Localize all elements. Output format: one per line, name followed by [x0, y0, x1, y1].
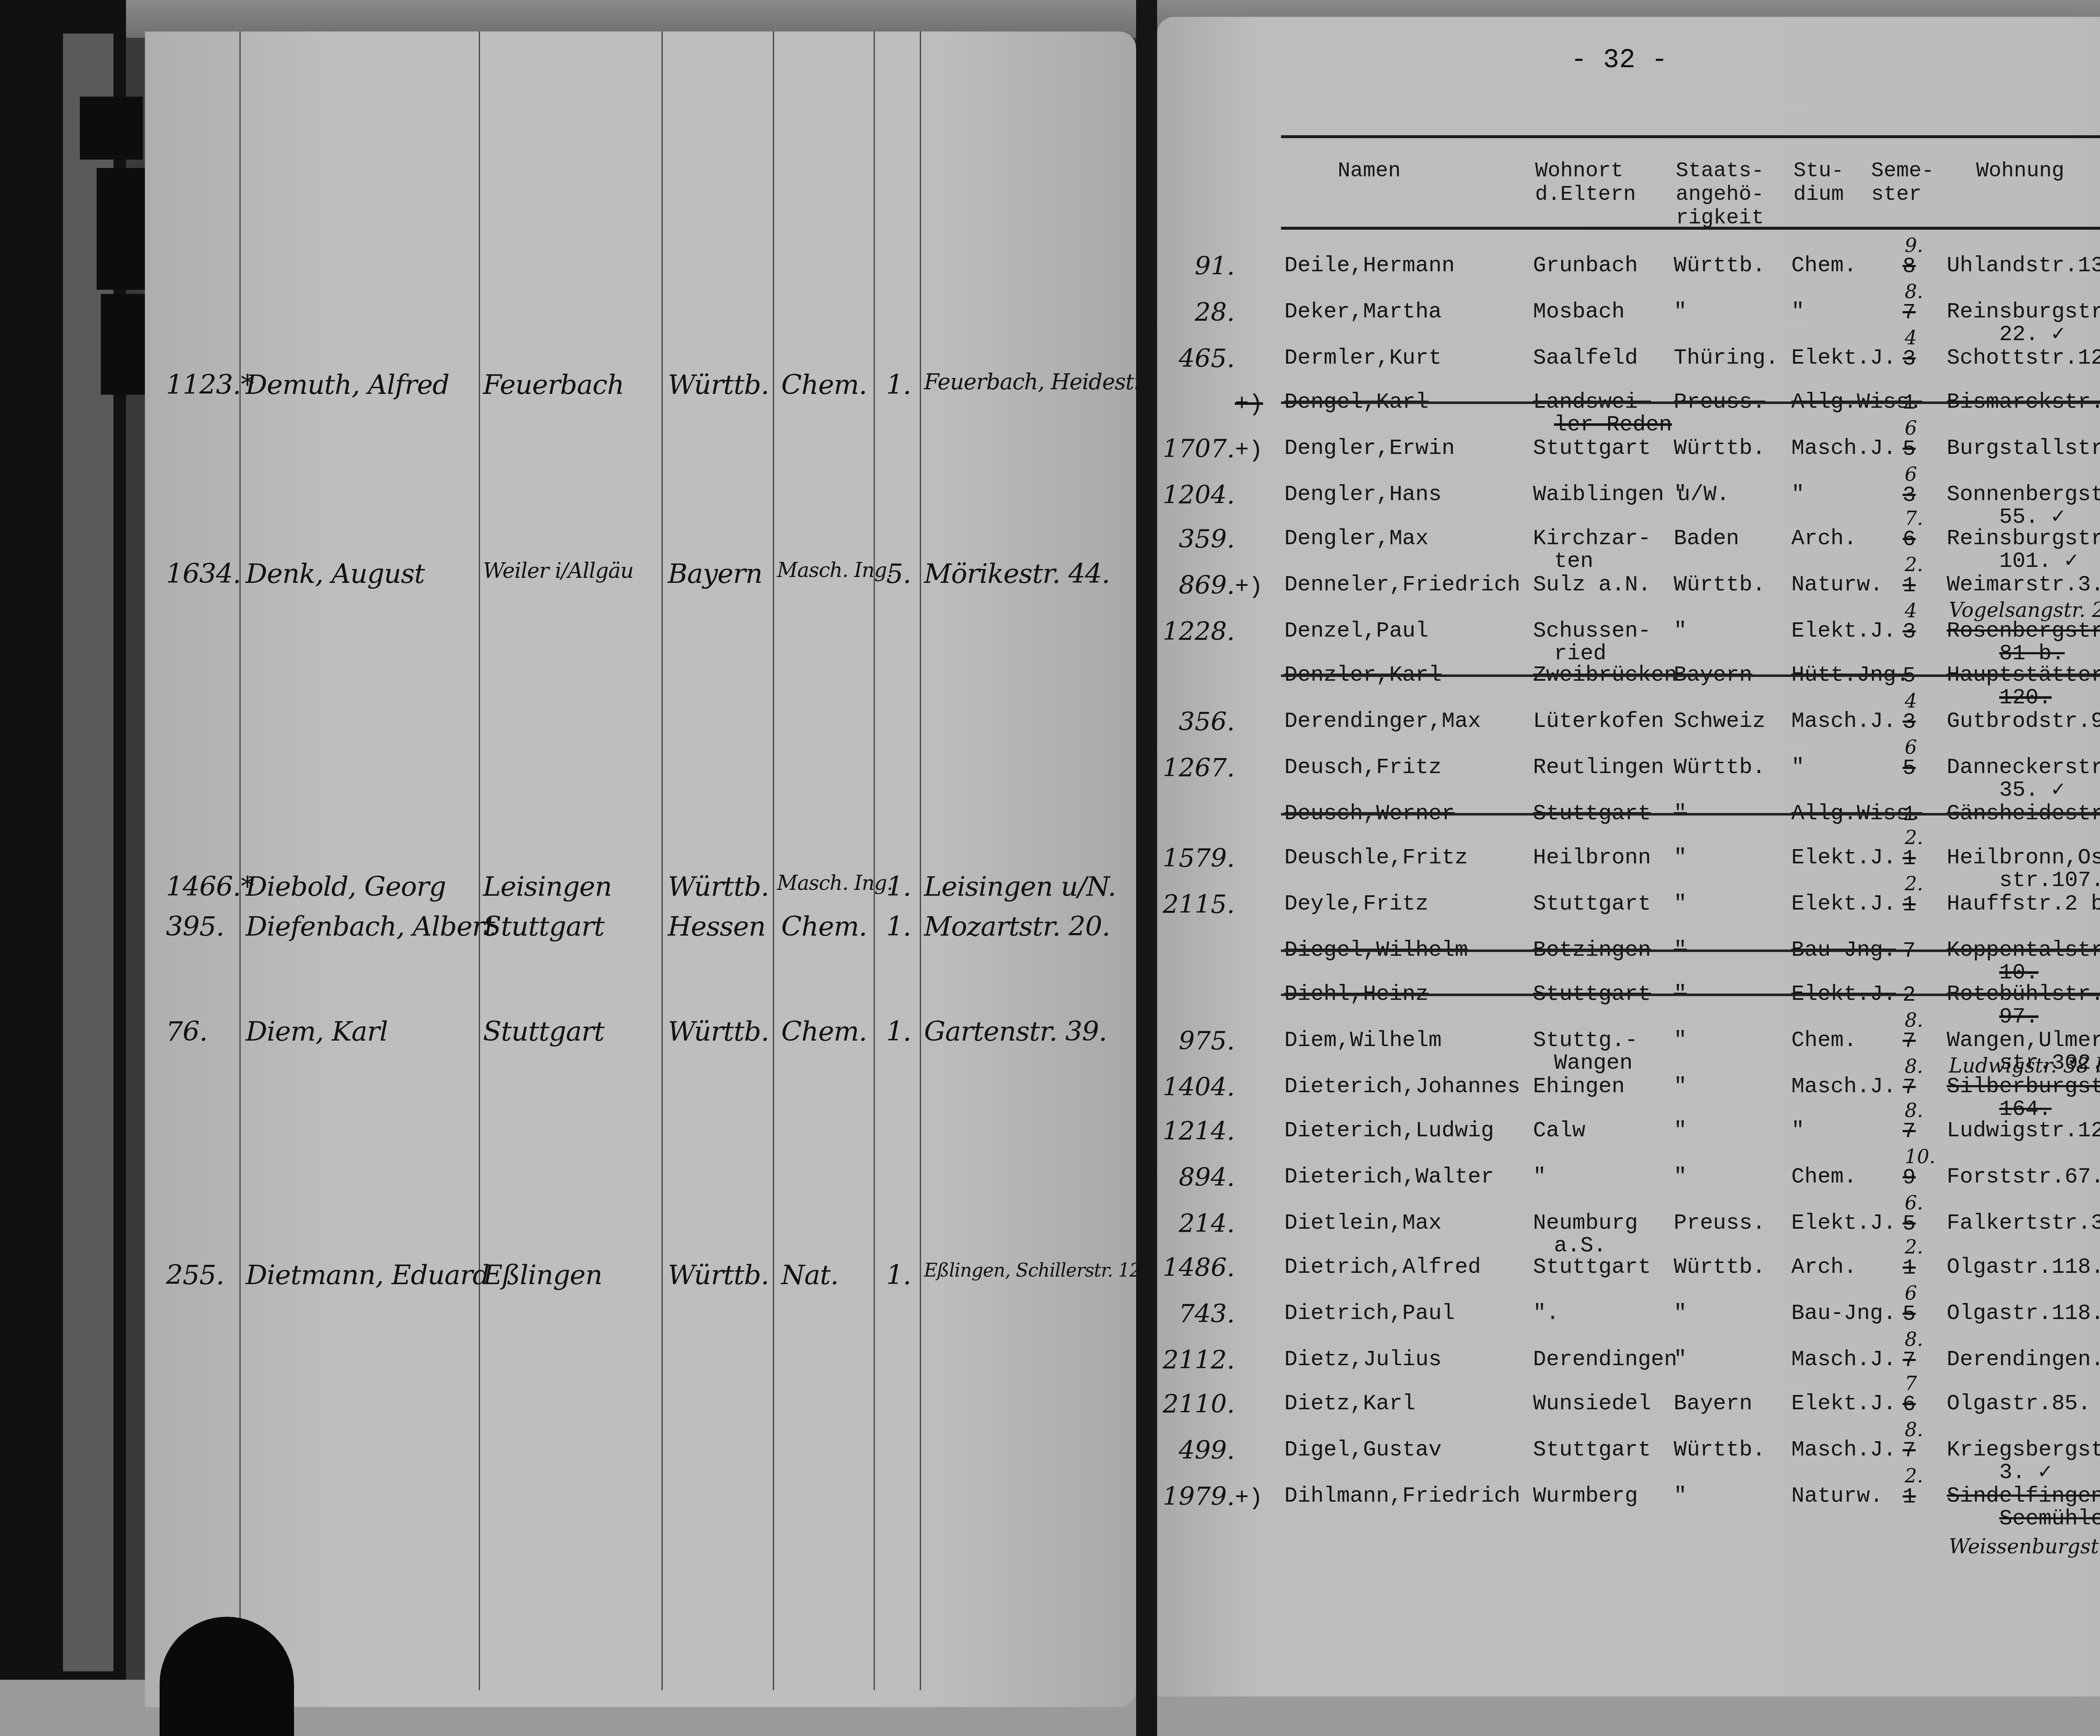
residence: Olgastr.118. [1947, 1302, 2100, 1325]
residence-cont: 35. ✓ [1999, 779, 2065, 802]
citizenship: Württb. [1674, 1438, 1765, 1462]
citizenship: Württb. [1674, 437, 1765, 460]
semester-old: 7 [1903, 1119, 1916, 1144]
parents-residence: " [1533, 1165, 1546, 1189]
semester-old: 1 [1903, 1484, 1916, 1509]
table-row: 1214.Dieterich,LudwigCalw""78.Ludwigstr.… [0, 1119, 2100, 1165]
table-row: 465.Dermler,KurtSaalfeldThüring.Elekt.J.… [0, 346, 2100, 393]
table-row: 214.Dietlein,MaxNeumburga.S.Preuss.Elekt… [0, 1212, 2100, 1258]
residence-cont: Seemühlestr.16. [1999, 1507, 2100, 1531]
semester-new: 8. [1905, 1009, 1923, 1031]
entry-number: 1579. [1159, 844, 1235, 873]
parents-residence-cont: ried [1554, 642, 1606, 666]
parents-residence-cont: ten [1554, 550, 1593, 573]
residence: Ludwigstr.122. [1947, 1119, 2100, 1143]
residence-cont: 101. ✓ [1999, 550, 2078, 573]
citizenship: " [1674, 1484, 1687, 1508]
citizenship: Württb. [1674, 756, 1765, 779]
semester-old: 9 [1903, 1165, 1916, 1190]
semester-new: 6 [1905, 417, 1917, 439]
entry-number: 2115. [1159, 890, 1235, 919]
residence-correction: Vogelsangstr. 29. [1949, 598, 2100, 622]
entry-number: 359. [1159, 524, 1235, 554]
parents-residence: Lüterkofen [1533, 710, 1664, 733]
student-name: Diem,Wilhelm [1284, 1029, 1441, 1052]
student-name: Dermler,Kurt [1284, 346, 1441, 370]
field-of-study: Arch. [1791, 1256, 1857, 1279]
field-of-study: " [1791, 756, 1804, 779]
table-row: 499.Digel,GustavStuttgartWürttb.Masch.J.… [0, 1438, 2100, 1484]
semester-new: 8. [1905, 1055, 1923, 1078]
residence-cont: 3. ✓ [1999, 1461, 2052, 1484]
semester-new: 6 [1905, 1282, 1917, 1304]
citizenship: Thüring. [1674, 346, 1779, 370]
table-row: 91.Deile,HermannGrunbachWürttb.Chem.89.U… [0, 254, 2100, 300]
entry-number: 499. [1159, 1436, 1235, 1465]
student-name: Dietrich,Alfred [1284, 1256, 1481, 1279]
field-of-study: Naturw. [1791, 573, 1883, 597]
parents-residence: ". [1533, 1302, 1559, 1325]
citizenship: " [1674, 1302, 1687, 1325]
parents-residence: Wurmberg [1533, 1484, 1638, 1508]
semester-new: 4 [1905, 690, 1917, 712]
semester-old: 7 [1903, 1348, 1916, 1373]
parents-residence-cont: a.S. [1554, 1234, 1606, 1258]
semester-old: 7 [1903, 1438, 1916, 1463]
student-name: Denneler,Friedrich [1284, 573, 1520, 597]
table-row: Diegel,WilhelmBotzingen"Bau-Jng.7Koppent… [0, 939, 2100, 985]
semester-new: 2. [1905, 872, 1923, 895]
entry-number: 894. [1159, 1163, 1235, 1192]
residence: Reinsburgstr. [1947, 527, 2100, 551]
entry-number: 869. [1159, 571, 1235, 600]
semester-new: 2. [1905, 1235, 1923, 1258]
citizenship: Baden [1674, 527, 1739, 551]
table-row: Diehl,HeinzStuttgart"Elekt.J.2Rotebühlst… [0, 983, 2100, 1029]
student-name: Dietrich,Paul [1284, 1302, 1455, 1325]
entry-number: 91. [1159, 252, 1235, 281]
parents-residence: Calw [1533, 1119, 1585, 1143]
residence: Uhlandstr.13. [1947, 254, 2100, 278]
semester-old: 1 [1903, 573, 1916, 598]
page-number: - 32 - [1571, 45, 1667, 76]
semester-old: 7 [1903, 300, 1916, 325]
column-header-wohnung: Wohnung [1976, 160, 2064, 183]
field-of-study: Elekt.J. [1791, 346, 1896, 370]
parents-residence: Sulz a.N. [1533, 573, 1651, 597]
semester-old: 6 [1903, 527, 1916, 552]
binding-tab [80, 97, 143, 160]
residence: Sindelfingen, [1947, 1484, 2100, 1508]
citizenship: Württb. [1674, 573, 1765, 597]
entry-number: 465. [1159, 344, 1235, 373]
parents-residence: Derendingen [1533, 1348, 1677, 1371]
residence: Gutbrodstr.9. [1947, 710, 2100, 733]
student-name: Dieterich,Walter [1284, 1165, 1494, 1189]
entry-number: 1486. [1159, 1253, 1235, 1282]
field-of-study: Bau-Jng. [1791, 1302, 1896, 1325]
field-of-study: Chem. [1791, 254, 1857, 278]
citizenship: " [1674, 846, 1687, 870]
table-row: 743.Dietrich,Paul"."Bau-Jng.56Olgastr.11… [0, 1302, 2100, 1348]
parents-residence-cont: ler-Reden [1554, 413, 1672, 437]
table-row: +)Dengel,KarlLandswei-ler-RedenPreuss.Al… [0, 391, 2100, 437]
semester-old: 1 [1903, 892, 1916, 917]
student-name: Deyle,Fritz [1284, 892, 1428, 916]
table-row: 1267.Deusch,FritzReutlingenWürttb."56Dan… [0, 756, 2100, 802]
student-name: Dihlmann,Friedrich [1284, 1484, 1520, 1508]
table-row: Denzler,KarlZweibrückenBayernHütt.Jng.5H… [0, 663, 2100, 710]
citizenship: " [1674, 483, 1687, 506]
citizenship: " [1674, 300, 1687, 324]
entry-number: 1267. [1159, 753, 1235, 783]
parents-residence-cont: Wangen [1554, 1052, 1633, 1075]
residence-cont: 81 b. [1999, 642, 2065, 666]
column-header-wohnort: Wohnort d.Eltern [1535, 160, 1636, 207]
field-of-study: Chem. [1791, 1029, 1857, 1052]
table-row: 1228.Denzel,PaulSchussen-ried"Elekt.J.34… [0, 619, 2100, 666]
citizenship: Württb. [1674, 254, 1765, 278]
table-row: 975.Diem,WilhelmStuttg.-Wangen"Chem.78.W… [0, 1029, 2100, 1075]
semester-old: 3 [1903, 619, 1916, 644]
citizenship: Württb. [1674, 1256, 1765, 1279]
table-row: 1404.Dieterich,JohannesEhingen"Masch.J.7… [0, 1075, 2100, 1121]
entry-number: 1204. [1159, 480, 1235, 510]
semester-new: 8. [1905, 1099, 1923, 1122]
field-of-study: Arch. [1791, 527, 1857, 551]
entry-number: 1228. [1159, 617, 1235, 646]
strike-through-line [1281, 949, 2100, 952]
table-row: 356.Derendinger,MaxLüterkofenSchweizMasc… [0, 710, 2100, 756]
table-row: 359.Dengler,MaxKirchzar-tenBadenArch.67.… [0, 527, 2100, 573]
semester-old: 8 [1903, 254, 1916, 279]
semester-new: 2. [1905, 553, 1923, 576]
parents-residence: Stuttgart [1533, 437, 1651, 460]
residence: Wangen,Ulmer- [1947, 1029, 2100, 1052]
strike-through-line [1281, 813, 2100, 816]
parents-residence: Saalfeld [1533, 346, 1638, 370]
parents-residence: Grunbach [1533, 254, 1638, 278]
table-row: 1579.Deuschle,FritzHeilbronn"Elekt.J.12.… [0, 846, 2100, 892]
residence: Sonnenbergstr. [1947, 483, 2100, 506]
deceased-mark: +) [1235, 391, 1263, 417]
semester-old: 5 [1903, 1212, 1916, 1236]
citizenship: Bayern [1674, 1392, 1752, 1416]
student-name: Deuschle,Fritz [1284, 846, 1468, 870]
entry-number: 743. [1159, 1299, 1235, 1329]
student-name: Dietz,Karl [1284, 1392, 1415, 1416]
column-header-staatsangehoerigkeit: Staats- angehö- rigkeit [1676, 160, 1764, 230]
citizenship: " [1674, 1075, 1687, 1099]
student-name: Derendinger,Max [1284, 710, 1481, 733]
entry-number: 2110. [1159, 1390, 1235, 1419]
semester-old: 1 [1903, 1256, 1916, 1280]
table-row: 1979.+)Dihlmann,FriedrichWurmberg"Naturw… [0, 1484, 2100, 1531]
parents-residence: Stuttgart [1533, 1438, 1651, 1462]
residence-correction: Weissenburgstr. 5. [1949, 1535, 2100, 1558]
strike-through-line [1281, 674, 2100, 677]
residence: Schottstr.125. [1947, 346, 2100, 370]
semester-new: 8. [1905, 1328, 1923, 1351]
citizenship: " [1674, 892, 1687, 916]
entry-number: 1707. [1159, 434, 1235, 464]
student-name: Dieterich,Ludwig [1284, 1119, 1494, 1143]
field-of-study: Elekt.J. [1791, 619, 1896, 643]
residence: Reinsburgstr. [1947, 300, 2100, 324]
field-of-study: Elekt.J. [1791, 1212, 1896, 1235]
residence: Burgstallstr.1. [1947, 437, 2100, 460]
residence-cont: str.107. ✓ [1999, 869, 2100, 892]
citizenship: " [1674, 619, 1687, 643]
semester-new: 7 [1905, 1372, 1917, 1395]
entry-number: 1979. [1159, 1482, 1235, 1511]
table-row: 2115.Deyle,FritzStuttgart"Elekt.J.12.Hau… [0, 892, 2100, 939]
table-row: Deusch,WernerStuttgart"Allg.Wiss.1Gänshe… [0, 802, 2100, 848]
student-name: Dietz,Julius [1284, 1348, 1441, 1371]
parents-residence: Wunsiedel [1533, 1392, 1651, 1416]
field-of-study: Masch.J. [1791, 437, 1896, 460]
residence: Olgastr.118. [1947, 1256, 2100, 1279]
residence-cont: 164. [1999, 1098, 2052, 1121]
semester-new: 7. [1905, 507, 1923, 530]
semester-new: 6 [1905, 736, 1917, 758]
semester-new: 2. [1905, 1464, 1923, 1487]
entry-number: 975. [1159, 1026, 1235, 1056]
residence: Forststr.67. [1947, 1165, 2100, 1189]
table-row: 1486.Dietrich,AlfredStuttgartWürttb.Arch… [0, 1256, 2100, 1302]
semester-old: 7 [1903, 1075, 1916, 1100]
citizenship: " [1674, 1119, 1687, 1143]
entry-number: 1404. [1159, 1073, 1235, 1102]
table-row: 1204.Dengler,HansWaiblingen u/W.""36Sonn… [0, 483, 2100, 529]
column-header-studium: Stu- dium [1793, 160, 1844, 207]
residence: Falkertstr.33 a. [1947, 1212, 2100, 1235]
residence-cont: 97. [1999, 1005, 2039, 1029]
student-name: Dengler,Hans [1284, 483, 1441, 506]
field-of-study: Elekt.J. [1791, 892, 1896, 916]
field-of-study: " [1791, 300, 1804, 324]
field-of-study: " [1791, 1119, 1804, 1143]
table-row: 1707.+)Dengler,ErwinStuttgartWürttb.Masc… [0, 437, 2100, 483]
field-of-study: Masch.J. [1791, 1438, 1896, 1462]
student-name: Dieterich,Johannes [1284, 1075, 1520, 1099]
semester-new: 4 [1905, 599, 1917, 622]
semester-new: 6 [1905, 463, 1917, 485]
student-name: Digel,Gustav [1284, 1438, 1441, 1462]
parents-residence: Heilbronn [1533, 846, 1651, 870]
header-rule-top [1281, 135, 2100, 138]
student-name: Deusch,Fritz [1284, 756, 1441, 779]
parents-residence: Waiblingen u/W. [1533, 483, 1730, 506]
parents-residence: Schussen- [1533, 619, 1651, 643]
student-name: Deile,Hermann [1284, 254, 1455, 278]
column-header-namen: Namen [1338, 160, 1401, 183]
residence-correction: Ludwigstr. 38 b. [1949, 1054, 2100, 1078]
semester-new: 9. [1905, 234, 1923, 257]
strike-through-line [1281, 401, 2100, 404]
entry-number: 28. [1159, 298, 1235, 327]
residence: Rosenbergstr. [1947, 619, 2100, 643]
table-row: 28.Deker,MarthaMosbach""78.Reinsburgstr.… [0, 300, 2100, 346]
parents-residence: Kirchzar- [1533, 527, 1651, 551]
field-of-study: Elekt.J. [1791, 1392, 1896, 1416]
residence-cont: 55. ✓ [1999, 506, 2065, 529]
table-row: 2110.Dietz,KarlWunsiedelBayernElekt.J.67… [0, 1392, 2100, 1438]
parents-residence: Stuttgart [1533, 892, 1651, 916]
semester-new: 4 [1905, 326, 1917, 349]
field-of-study: Masch.J. [1791, 1348, 1896, 1371]
residence-cont: 120. [1999, 686, 2052, 710]
field-of-study: Masch.J. [1791, 710, 1896, 733]
citizenship: Preuss. [1674, 1212, 1765, 1235]
residence: Heilbronn,Ost- [1947, 846, 2100, 870]
citizenship: " [1674, 1029, 1687, 1052]
semester-old: 5 [1903, 1302, 1916, 1327]
student-name: Deker,Martha [1284, 300, 1441, 324]
entry-number: 1214. [1159, 1117, 1235, 1146]
field-of-study: Naturw. [1791, 1484, 1883, 1508]
residence: Weimarstr.3. [1947, 573, 2100, 597]
semester-old: 1 [1903, 846, 1916, 871]
citizenship: " [1674, 1348, 1687, 1371]
residence: Danneckerstr. [1947, 756, 2100, 779]
student-name: Dengler,Max [1284, 527, 1428, 551]
semester-new: 6. [1905, 1191, 1923, 1214]
citizenship: " [1674, 1165, 1687, 1189]
residence-cont: 22. ✓ [1999, 323, 2065, 346]
field-of-study: Chem. [1791, 1165, 1857, 1189]
parents-residence: Ehingen [1533, 1075, 1625, 1099]
residence-cont: 10. [1999, 961, 2039, 985]
entry-number: 356. [1159, 707, 1235, 737]
entry-number: 2112. [1159, 1345, 1235, 1375]
parents-residence: Mosbach [1533, 300, 1625, 324]
semester-old: 5 [1903, 437, 1916, 462]
citizenship: Schweiz [1674, 710, 1765, 733]
semester-new: 10. [1905, 1145, 1935, 1168]
semester-old: 3 [1903, 346, 1916, 371]
deceased-mark: +) [1235, 437, 1263, 464]
semester-new: 8. [1905, 280, 1923, 303]
deceased-mark: +) [1235, 573, 1263, 600]
field-of-study: Masch.J. [1791, 1075, 1896, 1099]
semester-old: 5 [1903, 756, 1916, 781]
parents-residence: Stuttgart [1533, 1256, 1651, 1279]
deceased-mark: +) [1235, 1484, 1263, 1511]
student-name: Denzel,Paul [1284, 619, 1428, 643]
student-name: Dengler,Erwin [1284, 437, 1455, 460]
semester-old: 3 [1903, 710, 1916, 734]
semester-new: 2. [1905, 826, 1923, 849]
table-row: 2112.Dietz,JuliusDerendingen"Masch.J.78.… [0, 1348, 2100, 1394]
residence: Derendingen. [1947, 1348, 2100, 1371]
residence: Silberburgstr. [1947, 1075, 2100, 1099]
semester-old: 7 [1903, 1029, 1916, 1054]
semester-new: 8. [1905, 1418, 1923, 1441]
semester-old: 6 [1903, 1392, 1916, 1417]
parents-residence: Reutlingen [1533, 756, 1664, 779]
parents-residence: Neumburg [1533, 1212, 1638, 1235]
student-name: Dietlein,Max [1284, 1212, 1441, 1235]
residence: Kriegsbergstr. [1947, 1438, 2100, 1462]
field-of-study: Elekt.J. [1791, 846, 1896, 870]
semester-old: 3 [1903, 483, 1916, 508]
residence: Olgastr.85. [1947, 1392, 2091, 1416]
parents-residence: Stuttg.- [1533, 1029, 1638, 1052]
table-row: 869.+)Denneler,FriedrichSulz a.N.Württb.… [0, 573, 2100, 619]
column-header-semester: Seme- ster [1871, 160, 1934, 207]
field-of-study: " [1791, 483, 1804, 506]
strike-through-line [1281, 994, 2100, 996]
table-row: 894.Dieterich,Walter""Chem.910.Forststr.… [0, 1165, 2100, 1212]
residence: Hauffstr.2 b. [1947, 892, 2100, 916]
entry-number: 214. [1159, 1209, 1235, 1238]
